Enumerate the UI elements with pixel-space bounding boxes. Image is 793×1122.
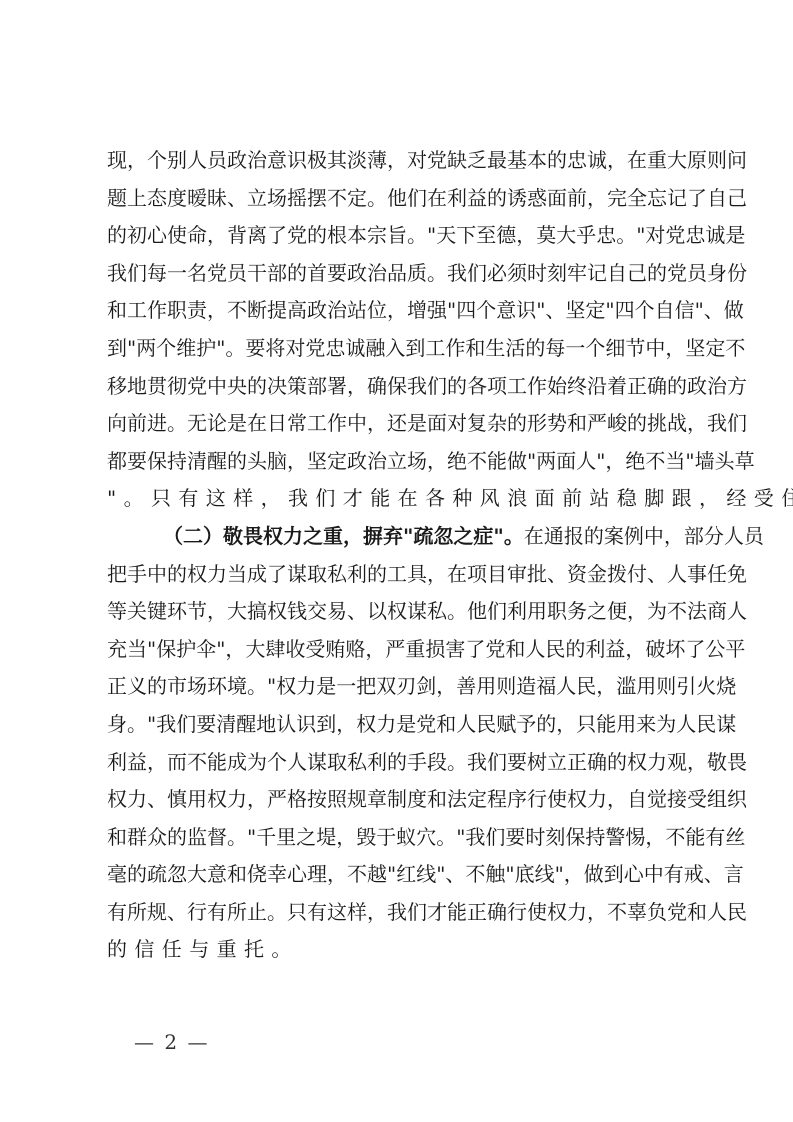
text-line: 我们每一名党员干部的首要政治品质。我们必须时刻牢记自己的党员身份 [107,255,697,293]
text-line-last: "。只有这样，我们才能在各种风浪面前站稳脚跟，经受住各种考验。 [107,480,697,518]
text-line: 向前进。无论是在日常工作中，还是面对复杂的形势和严峻的挑战，我们 [107,405,697,443]
text-line: 利益，而不能成为个人谋取私利的手段。我们要树立正确的权力观，敬畏 [107,744,697,782]
text-line: 现，个别人员政治意识极其淡薄，对党缺乏最基本的忠诚，在重大原则问 [107,142,697,180]
section-heading: （二）敬畏权力之重，摒弃"疏忽之症"。 [163,524,524,548]
text-line: 的初心使命，背离了党的根本宗旨。"天下至德，莫大乎忠。"对党忠诚是 [107,217,697,255]
text-line: 权力、慎用权力，严格按照规章制度和法定程序行使权力，自觉接受组织 [107,781,697,819]
text-line: 和工作职责，不断提高政治站位，增强"四个意识"、坚定"四个自信"、做 [107,292,697,330]
paragraph-section-two: （二）敬畏权力之重，摒弃"疏忽之症"。在通报的案例中，部分人员 把手中的权力当成… [107,518,697,969]
text-line-last: 的信任与重托。 [107,931,697,969]
section-first-line: （二）敬畏权力之重，摒弃"疏忽之症"。在通报的案例中，部分人员 [107,518,697,556]
page-number: — 2 — [134,1030,209,1054]
section-first-line-text: 在通报的案例中，部分人员 [524,524,764,548]
document-page: 现，个别人员政治意识极其淡薄，对党缺乏最基本的忠诚，在重大原则问 题上态度暧昧、… [0,0,793,1122]
text-line: 毫的疏忽大意和侥幸心理，不越"红线"、不触"底线"，做到心中有戒、言 [107,856,697,894]
text-line: 移地贯彻党中央的决策部署，确保我们的各项工作始终沿着正确的政治方 [107,368,697,406]
text-line: 充当"保护伞"，大肆收受贿赂，严重损害了党和人民的利益，破坏了公平 [107,631,697,669]
paragraph-loyalty-continued: 现，个别人员政治意识极其淡薄，对党缺乏最基本的忠诚，在重大原则问 题上态度暧昧、… [107,142,697,518]
text-line: 正义的市场环境。"权力是一把双刃剑，善用则造福人民，滥用则引火烧 [107,668,697,706]
text-line: 都要保持清醒的头脑，坚定政治立场，绝不能做"两面人"，绝不当"墙头草 [107,443,697,481]
text-line: 等关键环节，大搞权钱交易、以权谋私。他们利用职务之便，为不法商人 [107,593,697,631]
text-line: 和群众的监督。"千里之堤，毁于蚁穴。"我们要时刻保持警惕，不能有丝 [107,819,697,857]
text-line: 身。"我们要清醒地认识到，权力是党和人民赋予的，只能用来为人民谋 [107,706,697,744]
text-line: 有所规、行有所止。只有这样，我们才能正确行使权力，不辜负党和人民 [107,894,697,932]
text-line: 题上态度暧昧、立场摇摆不定。他们在利益的诱惑面前，完全忘记了自己 [107,180,697,218]
body-text: 现，个别人员政治意识极其淡薄，对党缺乏最基本的忠诚，在重大原则问 题上态度暧昧、… [107,142,697,969]
text-line: 把手中的权力当成了谋取私利的工具，在项目审批、资金拨付、人事任免 [107,556,697,594]
text-line: 到"两个维护"。要将对党忠诚融入到工作和生活的每一个细节中，坚定不 [107,330,697,368]
